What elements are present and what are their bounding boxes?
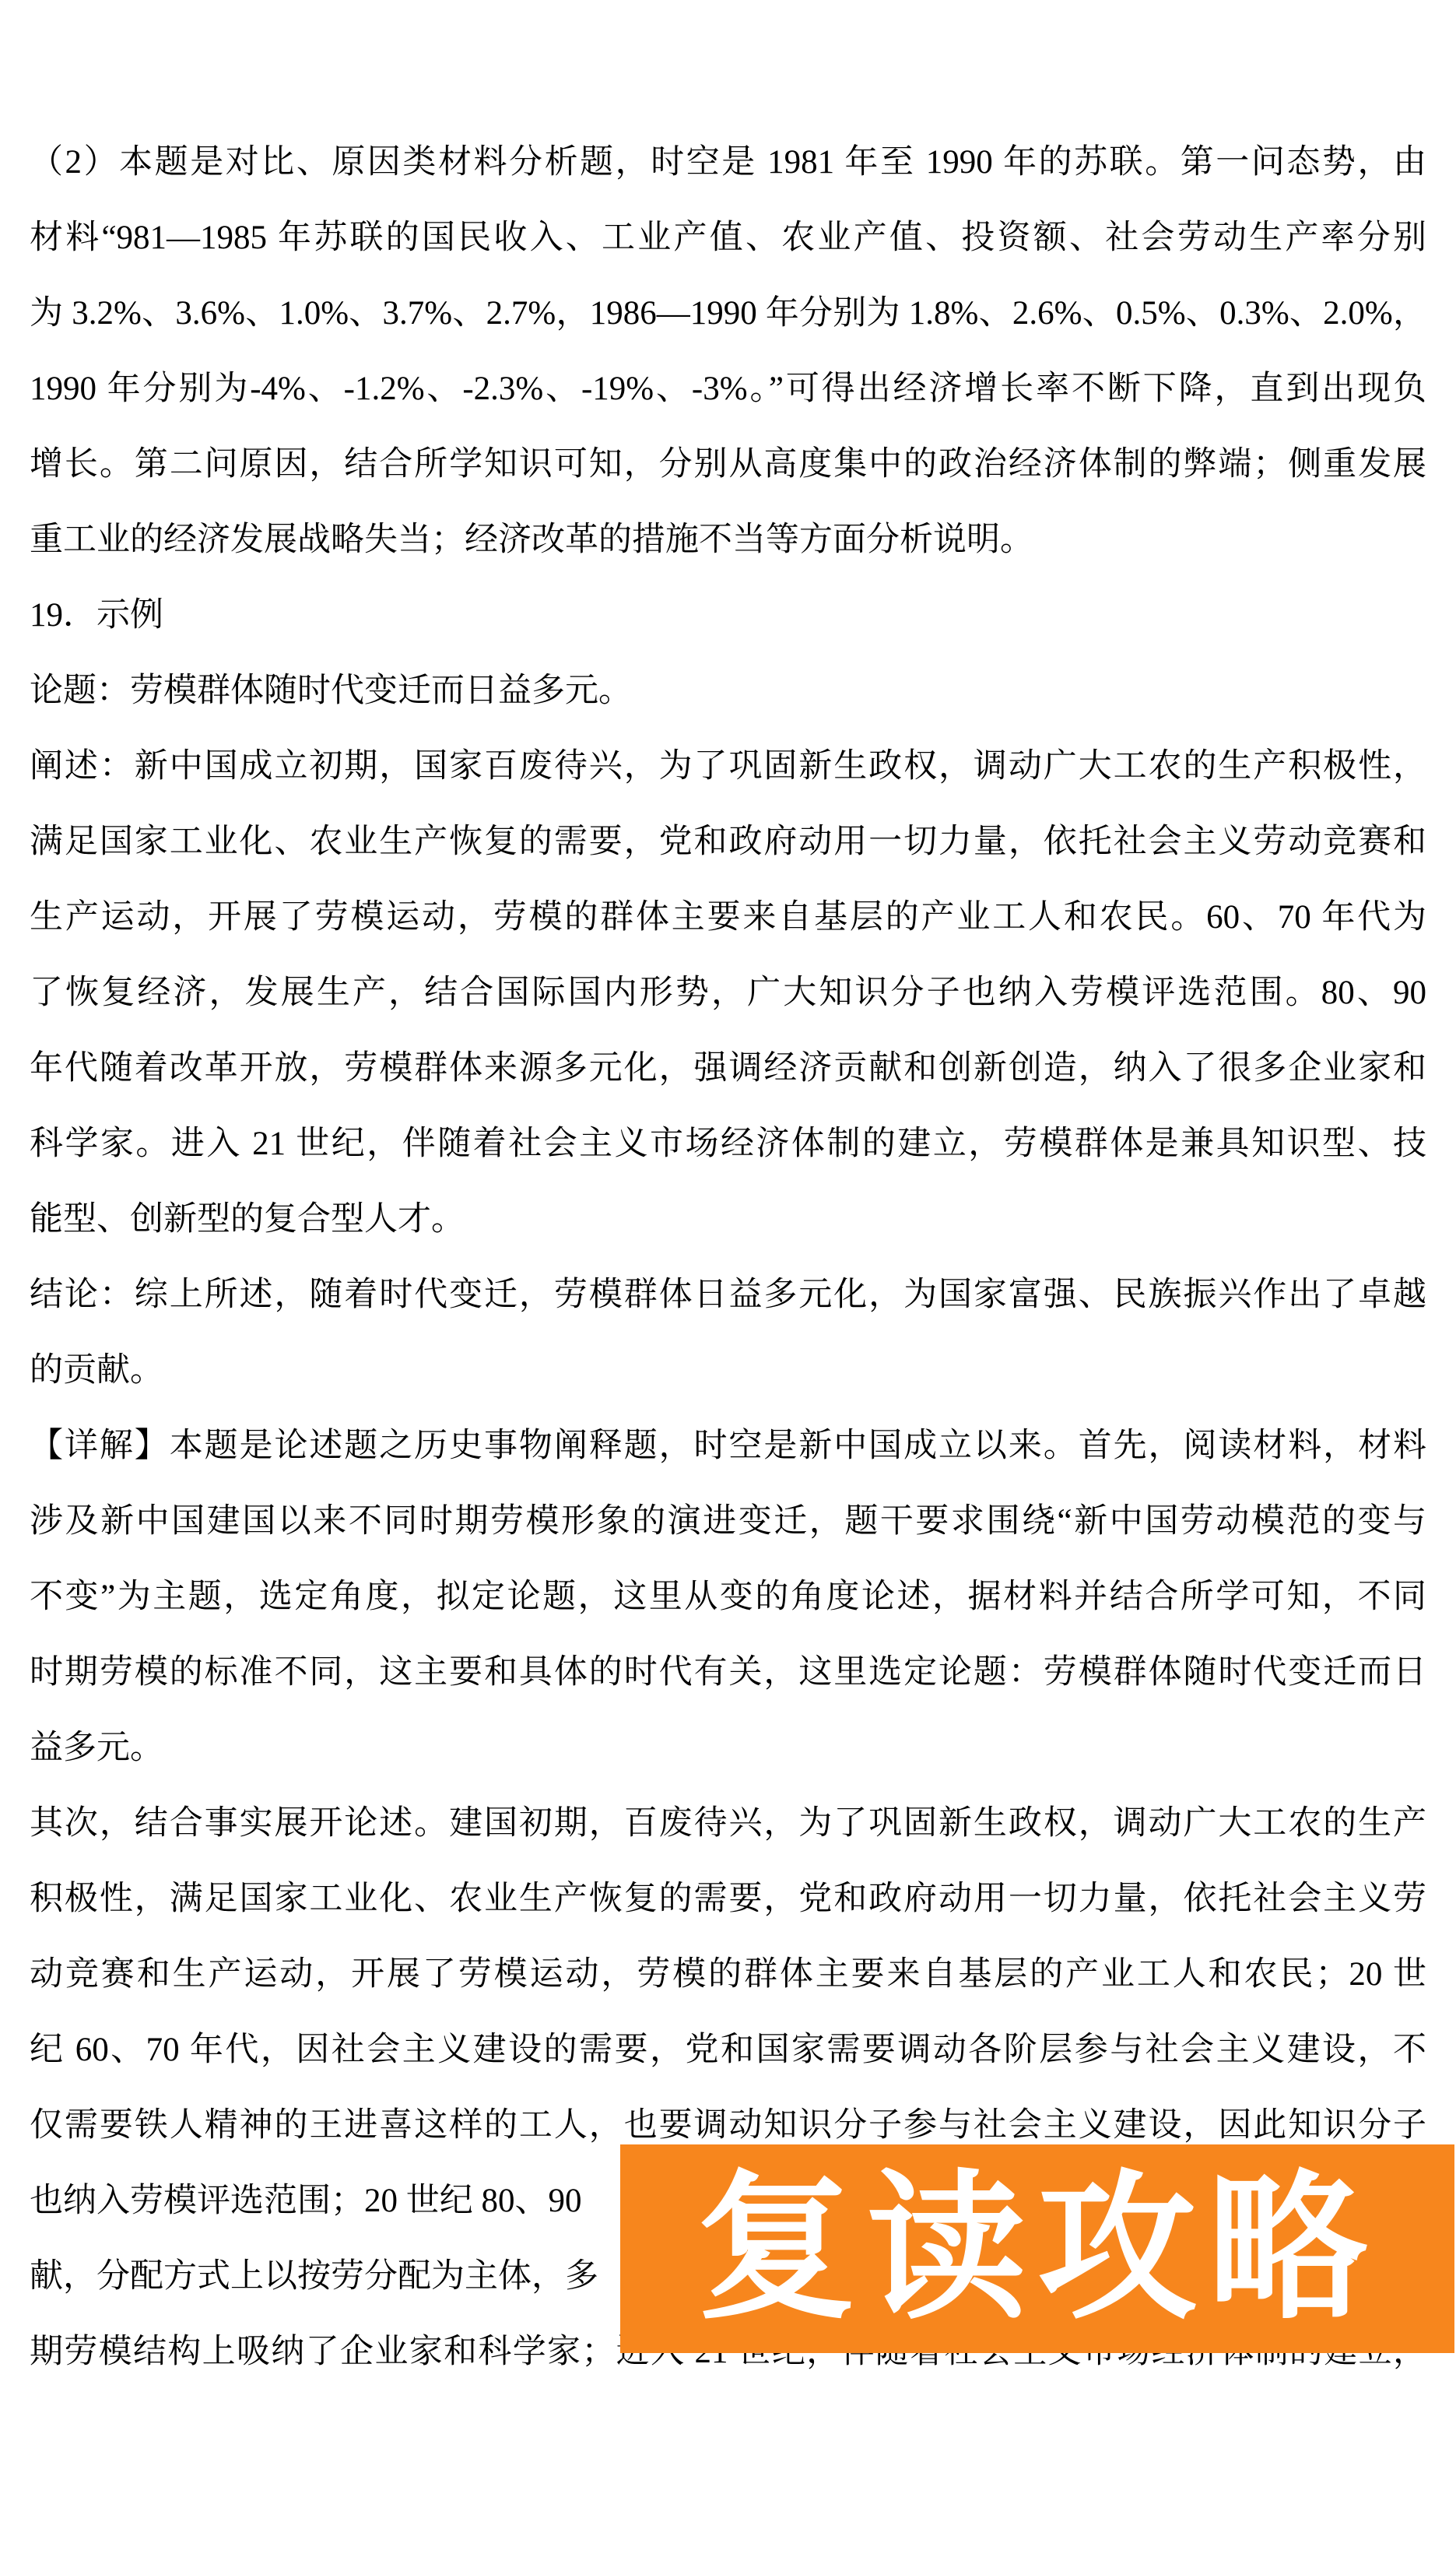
document-line: 材料“981—1985 年苏联的国民收入、工业产值、农业产值、投资额、社会劳动生… bbox=[30, 200, 1426, 276]
document-line: 的贡献。 bbox=[30, 1333, 1426, 1408]
document-line: 涉及新中国建国以来不同时期劳模形象的演进变迁，题干要求围绕“新中国劳动模范的变与 bbox=[30, 1484, 1426, 1559]
document-line: 积极性，满足国家工业化、农业生产恢复的需要，党和政府动用一切力量，依托社会主义劳 bbox=[30, 1861, 1426, 1937]
document-line: 为 3.2%、3.6%、1.0%、3.7%、2.7%，1986—1990 年分别… bbox=[30, 276, 1426, 351]
document-line: 满足国家工业化、农业生产恢复的需要，党和政府动用一切力量，依托社会主义劳动竞赛和 bbox=[30, 804, 1426, 880]
document-line: 增长。第二问原因，结合所学知识可知，分别从高度集中的政治经济体制的弊端；侧重发展 bbox=[30, 427, 1426, 502]
document-line: 生产运动，开展了劳模运动，劳模的群体主要来自基层的产业工人和农民。60、70 年… bbox=[30, 880, 1426, 955]
document-line: 1990 年分别为-4%、-1.2%、-2.3%、-19%、-3%。”可得出经济… bbox=[30, 351, 1426, 427]
document-line: 年代随着改革开放，劳模群体来源多元化，强调经济贡献和创新创造，纳入了很多企业家和 bbox=[30, 1031, 1426, 1106]
document-line: （2）本题是对比、原因类材料分析题，时空是 1981 年至 1990 年的苏联。… bbox=[30, 125, 1426, 200]
answer-number-heading: 19．示例 bbox=[30, 578, 1426, 653]
thesis-line: 论题：劳模群体随时代变迁而日益多元。 bbox=[30, 653, 1426, 729]
document-line: 不变”为主题，选定角度，拟定论题，这里从变的角度论述，据材料并结合所学可知，不同 bbox=[30, 1559, 1426, 1635]
document-page: （2）本题是对比、原因类材料分析题，时空是 1981 年至 1990 年的苏联。… bbox=[0, 0, 1456, 2390]
document-line: 重工业的经济发展战略失当；经济改革的措施不当等方面分析说明。 bbox=[30, 502, 1426, 578]
document-line: 能型、创新型的复合型人才。 bbox=[30, 1182, 1426, 1257]
document-line: 科学家。进入 21 世纪，伴随着社会主义市场经济体制的建立，劳模群体是兼具知识型… bbox=[30, 1106, 1426, 1182]
document-line: 动竞赛和生产运动，开展了劳模运动，劳模的群体主要来自基层的产业工人和农民；20 … bbox=[30, 1937, 1426, 2012]
document-line: 了恢复经济，发展生产，结合国际国内形势，广大知识分子也纳入劳模评选范围。80、9… bbox=[30, 955, 1426, 1031]
document-line: 时期劳模的标准不同，这主要和具体的时代有关，这里选定论题：劳模群体随时代变迁而日 bbox=[30, 1635, 1426, 1710]
document-line: 其次，结合事实展开论述。建国初期，百废待兴，为了巩固新生政权，调动广大工农的生产 bbox=[30, 1786, 1426, 1861]
conclusion-line: 结论：综上所述，随着时代变迁，劳模群体日益多元化，为国家富强、民族振兴作出了卓越 bbox=[30, 1257, 1426, 1333]
document-line: 益多元。 bbox=[30, 1710, 1426, 1786]
document-line: 阐述：新中国成立初期，国家百废待兴，为了巩固新生政权，调动广大工农的生产积极性， bbox=[30, 729, 1426, 804]
explanation-line: 【详解】本题是论述题之历史事物阐释题，时空是新中国成立以来。首先，阅读材料，材料 bbox=[30, 1408, 1426, 1484]
watermark-label: 复读攻略 bbox=[696, 2144, 1378, 2353]
document-line: 纪 60、70 年代，因社会主义建设的需要，党和国家需要调动各阶层参与社会主义建… bbox=[30, 2012, 1426, 2088]
fudu-gonglue-watermark-banner: 复读攻略 bbox=[620, 2144, 1454, 2353]
